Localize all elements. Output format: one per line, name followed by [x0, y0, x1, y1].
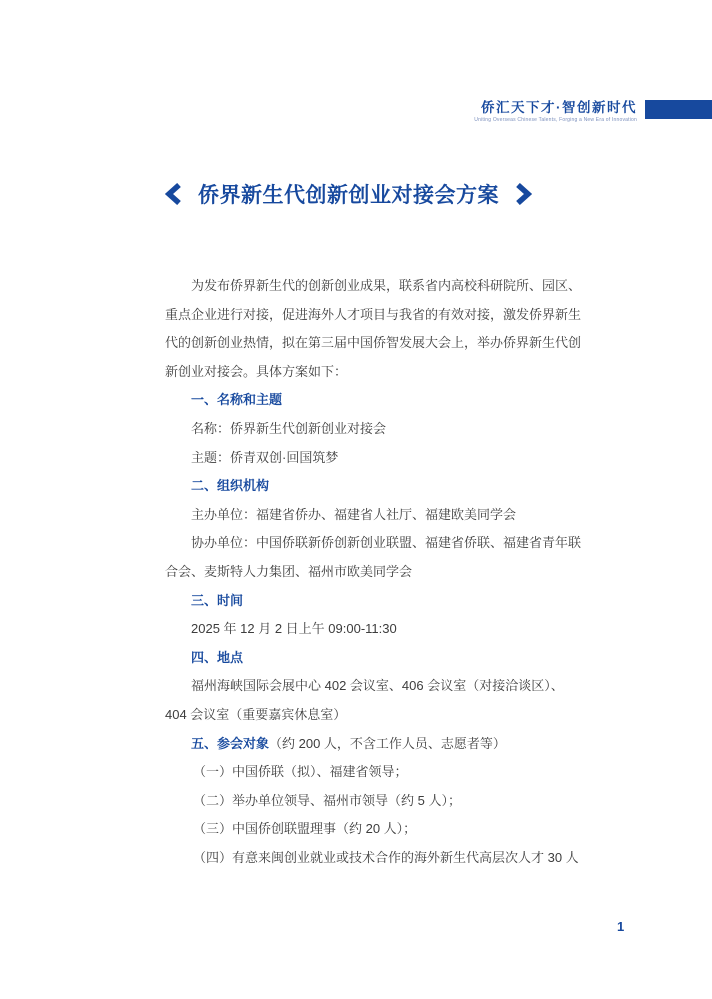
list-item: （二）举办单位领导、福州市领导（约 5 人）； [165, 787, 565, 816]
section-line: 404 会议室（重要嘉宾休息室） [165, 701, 565, 730]
section-line: 主办单位：福建省侨办、福建省人社厅、福建欧美同学会 [165, 501, 565, 530]
section-line: 福州海峡国际会展中心 402 会议室、406 会议室（对接洽谈区）、 [165, 672, 565, 701]
section-heading-3: 三、时间 [165, 587, 565, 616]
intro-line: 新创业对接会。具体方案如下： [165, 358, 565, 387]
left-angle-icon [165, 183, 181, 205]
section-heading-5: 五、参会对象 [191, 736, 269, 751]
list-item: （三）中国侨创联盟理事（约 20 人）； [165, 815, 565, 844]
section-heading-5-note: （约 200 人，不含工作人员、志愿者等） [269, 736, 506, 751]
intro-line: 为发布侨界新生代的创新创业成果，联系省内高校科研院所、园区、 [165, 272, 565, 301]
right-angle-icon [516, 183, 532, 205]
page-number: 1 [617, 919, 624, 934]
section-line: 合会、麦斯特人力集团、福州市欧美同学会 [165, 558, 565, 587]
intro-line: 代的创新创业热情，拟在第三届中国侨智发展大会上，举办侨界新生代创 [165, 329, 565, 358]
intro-line: 重点企业进行对接，促进海外人才项目与我省的有效对接，激发侨界新生 [165, 301, 565, 330]
document-title-row: 侨界新生代创新创业对接会方案 [165, 179, 532, 209]
header-logo: 侨汇天下才·智创新时代 Uniting Overseas Chinese Tal… [474, 96, 637, 123]
list-item: （一）中国侨联（拟）、福建省领导； [165, 758, 565, 787]
section-line: 协办单位：中国侨联新侨创新创业联盟、福建省侨联、福建省青年联 [165, 529, 565, 558]
section-heading-5-row: 五、参会对象（约 200 人，不含工作人员、志愿者等） [165, 730, 565, 759]
header-accent-bar [645, 100, 712, 119]
page-title: 侨界新生代创新创业对接会方案 [198, 179, 499, 209]
section-line: 2025 年 12 月 2 日上午 09:00-11:30 [165, 615, 565, 644]
list-item: （四）有意来闽创业就业或技术合作的海外新生代高层次人才 30 人 [165, 844, 565, 873]
section-heading-1: 一、名称和主题 [165, 386, 565, 415]
logo-text-cn: 侨汇天下才·智创新时代 [474, 96, 637, 116]
section-line: 名称：侨界新生代创新创业对接会 [165, 415, 565, 444]
document-page: 侨汇天下才·智创新时代 Uniting Overseas Chinese Tal… [0, 0, 712, 999]
section-heading-2: 二、组织机构 [165, 472, 565, 501]
section-heading-4: 四、地点 [165, 644, 565, 673]
section-line: 主题：侨青双创·回国筑梦 [165, 444, 565, 473]
logo-tagline-en: Uniting Overseas Chinese Talents, Forgin… [474, 117, 637, 123]
document-body: 为发布侨界新生代的创新创业成果，联系省内高校科研院所、园区、 重点企业进行对接，… [165, 272, 565, 872]
